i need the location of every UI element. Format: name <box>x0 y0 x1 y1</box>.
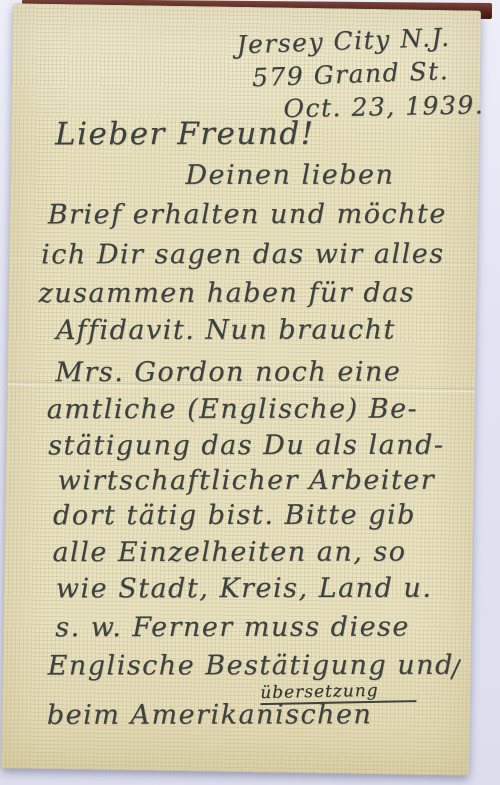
body-line: zusammen haben für das <box>38 277 415 309</box>
body-line: dort tätig bist. Bitte gib <box>53 500 416 532</box>
heading-street-line: 579 Grand St. <box>252 56 450 92</box>
heading-city-line: Jersey City N.J. <box>236 23 451 60</box>
inserted-word-underlined: übersetzung <box>260 680 417 705</box>
body-line: ich Dir sagen das wir alles <box>41 239 445 271</box>
body-line: wie Stadt, Kreis, Land u. <box>56 573 433 605</box>
body-line: Englische Bestätigung und <box>48 650 454 682</box>
letter-photo: Jersey City N.J. 579 Grand St. Oct. 23, … <box>0 0 500 785</box>
body-line: Mrs. Gordon noch eine <box>55 356 401 388</box>
body-line: Affidavit. Nun braucht <box>56 314 396 346</box>
body-line: s. w. Ferner muss diese <box>55 612 410 644</box>
body-line: stätigung das Du als land- <box>48 430 444 462</box>
body-line: Deinen lieben <box>185 160 394 191</box>
salutation: Lieber Freund! <box>55 116 315 152</box>
body-line: alle Einzelheiten an, so <box>52 537 406 569</box>
letter-paper: Jersey City N.J. 579 Grand St. Oct. 23, … <box>1 3 481 775</box>
body-line: Brief erhalten und möchte <box>48 199 447 231</box>
body-line: wirtschaftlicher Arbeiter <box>58 465 436 497</box>
body-line: amtliche (Englische) Be- <box>47 394 419 426</box>
body-line: beim Amerikanischen <box>47 699 372 731</box>
